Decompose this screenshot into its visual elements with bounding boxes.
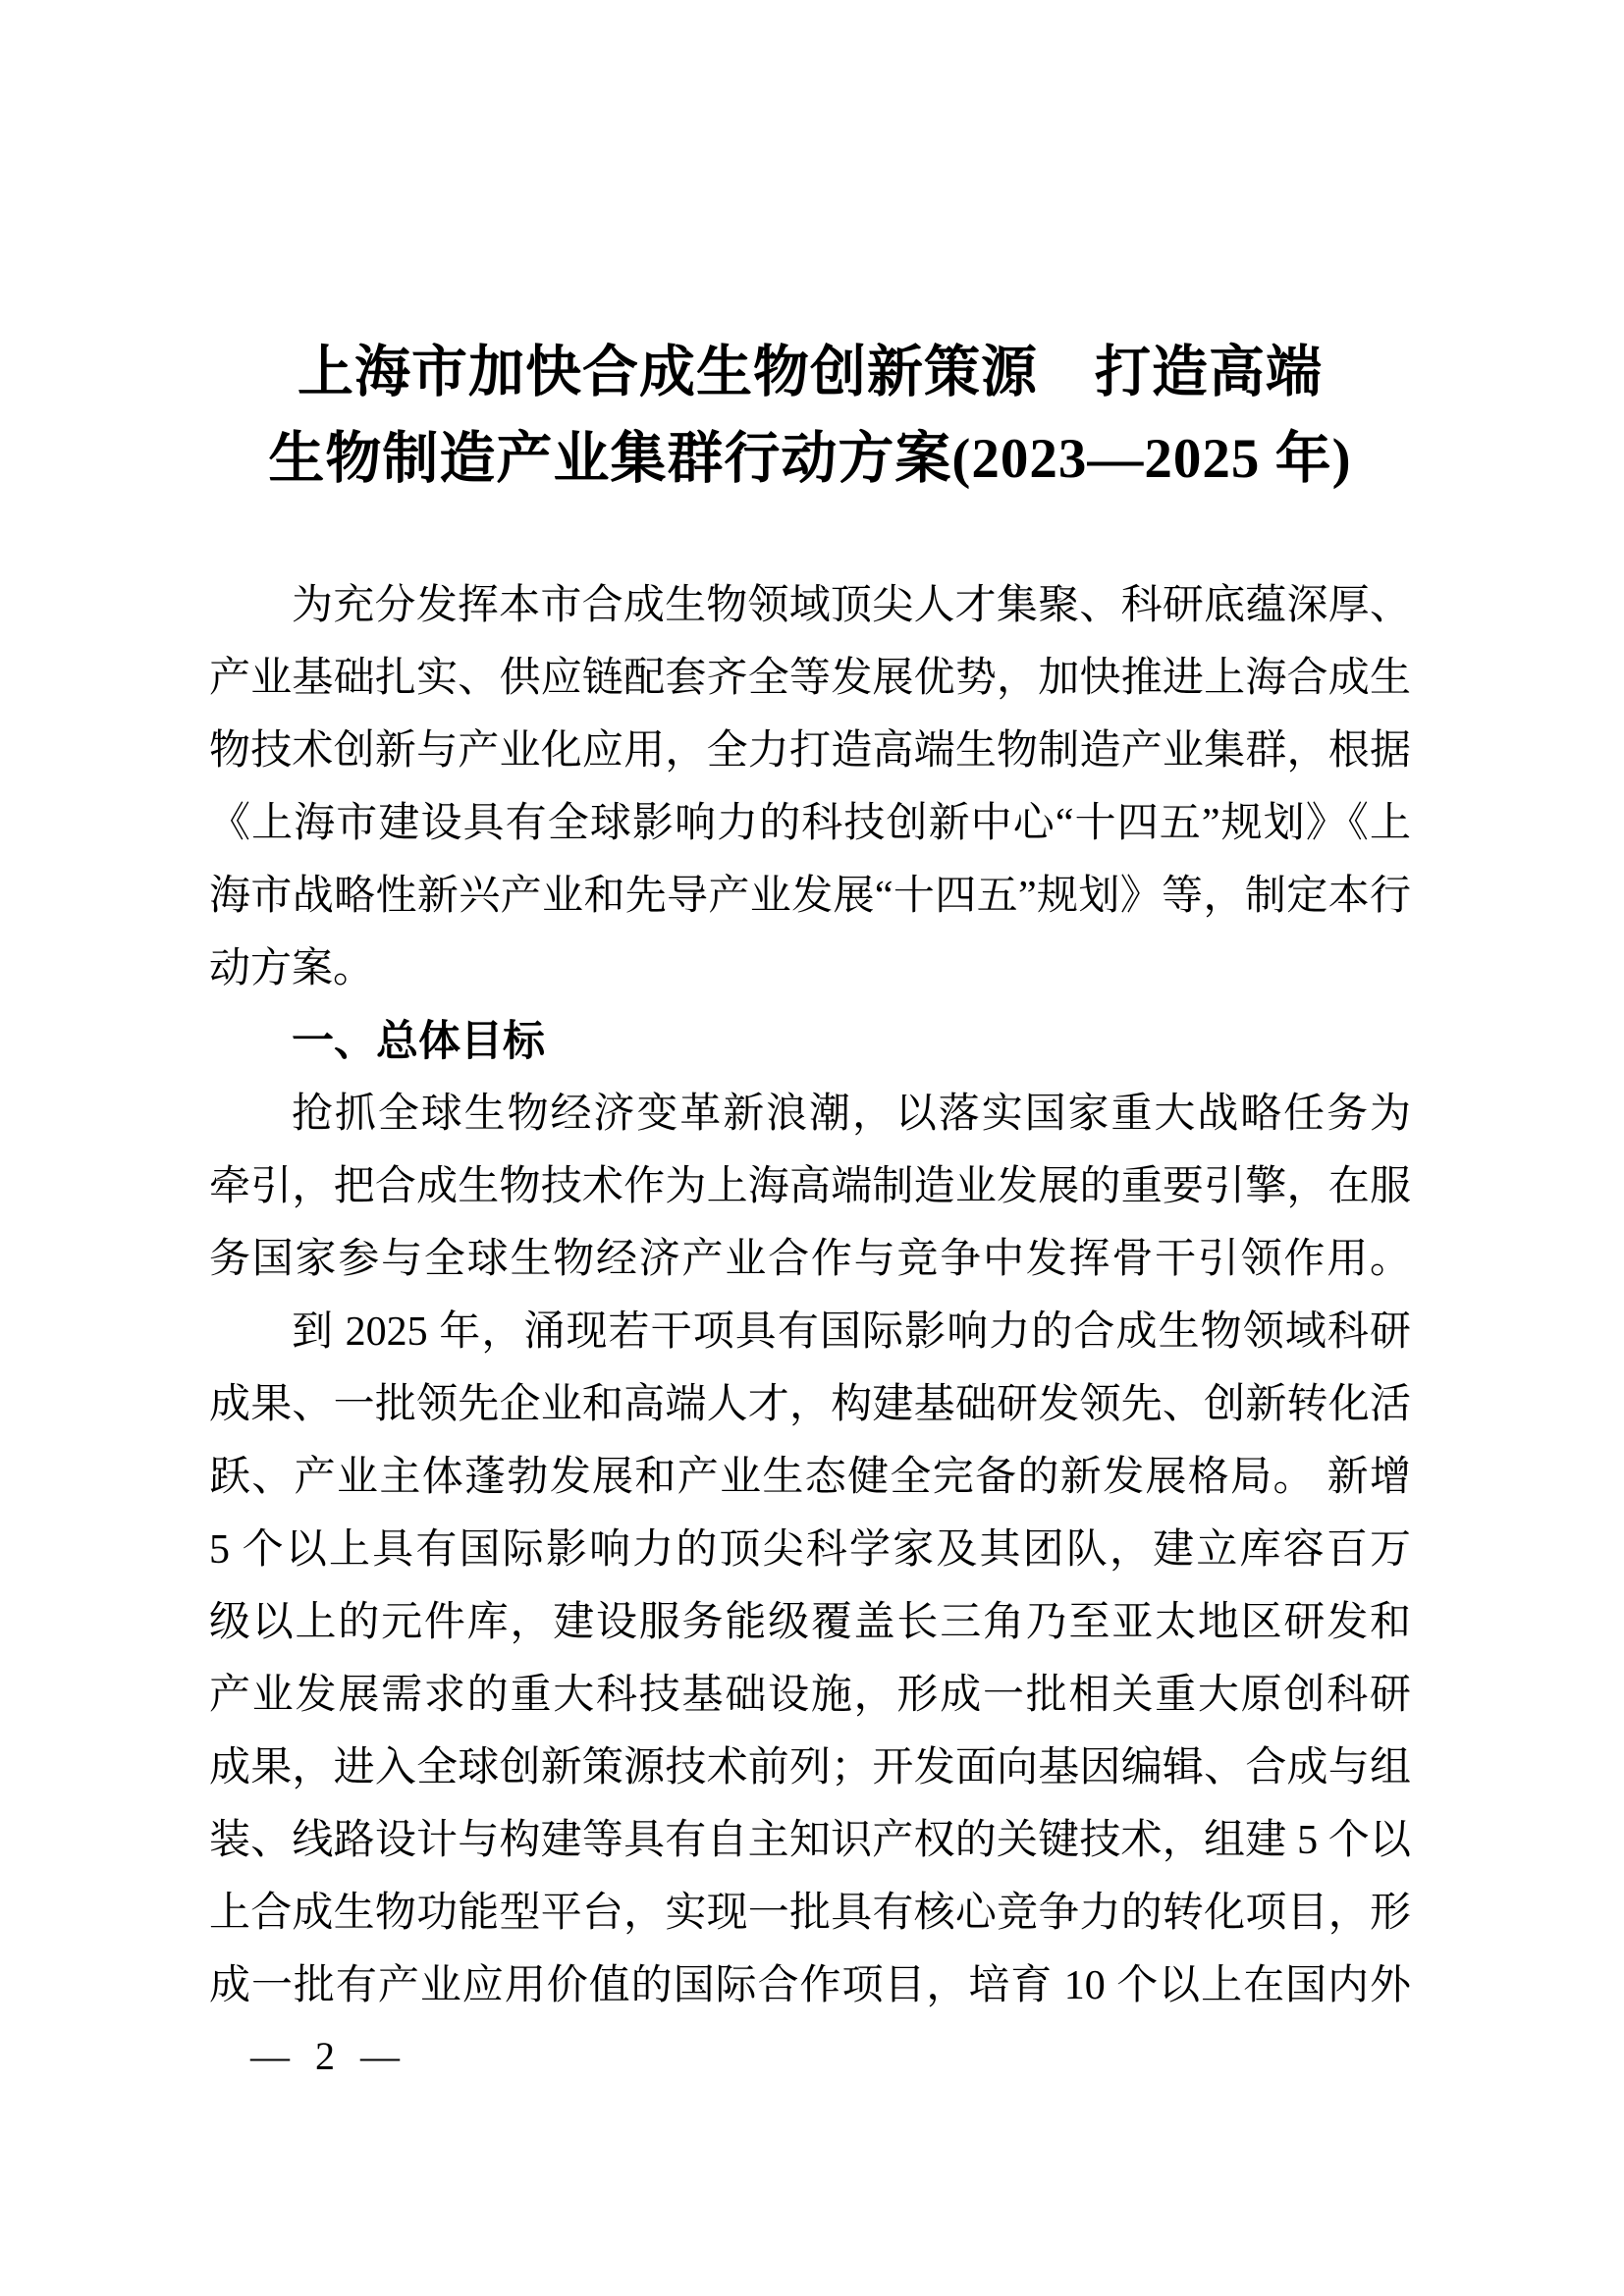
body-line: 牵引，把合成生物技术作为上海高端制造业发展的重要引擎，在服: [209, 1150, 1411, 1223]
body-line: 到 2025 年，涌现若干项具有国际影响力的合成生物领域科研: [209, 1296, 1411, 1368]
body-line: 抢抓全球生物经济变革新浪潮，以落实国家重大战略任务为: [209, 1078, 1411, 1150]
document-title-line-1: 上海市加快合成生物创新策源 打造高端: [209, 330, 1411, 416]
body-line: 动方案。: [209, 933, 1411, 1005]
body-line: 跃、产业主体蓬勃发展和产业生态健全完备的新发展格局。 新增: [209, 1441, 1411, 1514]
body-line: 上合成生物功能型平台，实现一批具有核心竞争力的转化项目，形: [209, 1877, 1411, 1949]
body-line: 产业发展需求的重大科技基础设施，形成一批相关重大原创科研: [209, 1659, 1411, 1732]
section-heading: 一、总体目标: [209, 1005, 1411, 1078]
body-line: 成一批有产业应用价值的国际合作项目，培育 10 个以上在国内外: [209, 1949, 1411, 2022]
document-title-line-2: 生物制造产业集群行动方案(2023—2025 年): [209, 416, 1411, 503]
document-content: 上海市加快合成生物创新策源 打造高端 生物制造产业集群行动方案(2023—202…: [209, 0, 1411, 2022]
body-line: 海市战略性新兴产业和先导产业发展“十四五”规划》等，制定本行: [209, 860, 1411, 933]
body-line: 成果，进入全球创新策源技术前列；开发面向基因编辑、合成与组: [209, 1732, 1411, 1804]
page-number: — 2 —: [250, 2034, 400, 2079]
body-line: 《上海市建设具有全球影响力的科技创新中心“十四五”规划》《上: [209, 787, 1411, 860]
body-line: 装、线路设计与构建等具有自主知识产权的关键技术，组建 5 个以: [209, 1804, 1411, 1877]
document-body: 为充分发挥本市合成生物领域顶尖人才集聚、科研底蕴深厚、 产业基础扎实、供应链配套…: [209, 569, 1411, 2022]
document-title: 上海市加快合成生物创新策源 打造高端 生物制造产业集群行动方案(2023—202…: [209, 330, 1411, 503]
body-line: 为充分发挥本市合成生物领域顶尖人才集聚、科研底蕴深厚、: [209, 569, 1411, 642]
body-line: 物技术创新与产业化应用，全力打造高端生物制造产业集群，根据: [209, 715, 1411, 787]
body-line: 务国家参与全球生物经济产业合作与竞争中发挥骨干引领作用。: [209, 1223, 1411, 1296]
body-line: 成果、一批领先企业和高端人才，构建基础研发领先、创新转化活: [209, 1368, 1411, 1441]
document-page: 上海市加快合成生物创新策源 打造高端 生物制造产业集群行动方案(2023—202…: [0, 0, 1624, 2296]
body-line: 5 个以上具有国际影响力的顶尖科学家及其团队，建立库容百万: [209, 1514, 1411, 1586]
body-line: 产业基础扎实、供应链配套齐全等发展优势，加快推进上海合成生: [209, 642, 1411, 715]
body-line: 级以上的元件库，建设服务能级覆盖长三角乃至亚太地区研发和: [209, 1586, 1411, 1659]
